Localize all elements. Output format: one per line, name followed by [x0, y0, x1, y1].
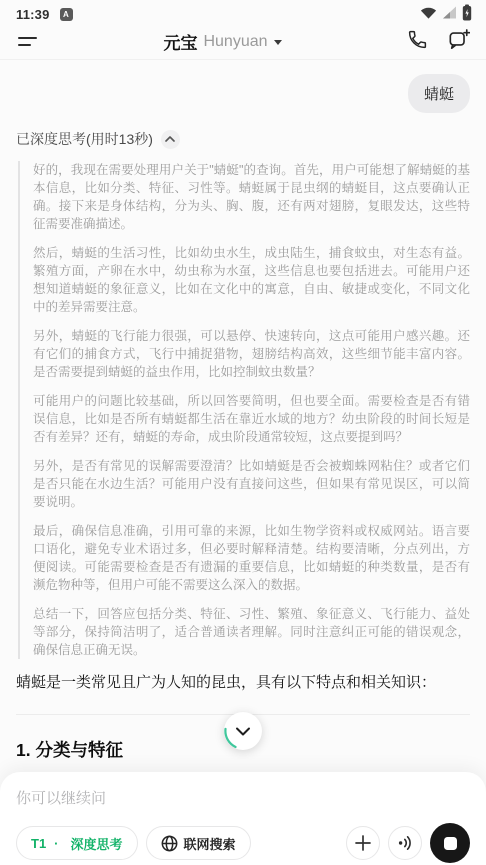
wifi-icon [420, 6, 437, 22]
deep-think-header[interactable]: 已深度思考(用时13秒) [16, 129, 470, 149]
plus-icon [354, 834, 372, 852]
thinking-paragraph: 最后，确保信息准确，引用可靠的来源，比如生物学资料或权威网站。语言要口语化，避免… [33, 522, 470, 594]
globe-icon [161, 835, 178, 852]
user-message-bubble: 蜻蜓 [408, 74, 470, 113]
menu-icon[interactable] [16, 35, 38, 49]
collapse-thinking-button[interactable] [161, 130, 180, 149]
voice-wave-icon [396, 834, 414, 852]
thinking-paragraph: 总结一下，回答应包括分类、特征、习性、繁殖、象征意义、飞行能力、益处等部分，保持… [33, 605, 470, 659]
chevron-down-icon [237, 729, 249, 735]
clock: 11:39 [16, 7, 50, 22]
answer-intro: 蜻蜓是一类常见且广为人知的昆虫，具有以下特点和相关知识： [16, 672, 470, 694]
status-icons [420, 4, 472, 24]
thinking-paragraph: 好的，我现在需要处理用户关于"蜻蜓"的查询。首先，用户可能想了解蜻蜓的基本信息，… [33, 161, 470, 233]
status-bar: 11:39 A [0, 0, 486, 24]
scroll-to-bottom-button[interactable] [224, 712, 262, 750]
model-selector[interactable]: 元宝 Hunyuan [38, 29, 407, 54]
composer-toolbar: T1·深度思考 联网搜索 [16, 823, 470, 863]
app-subtitle: Hunyuan [203, 33, 267, 51]
app-screen: 11:39 A 元宝 Hunyuan [0, 0, 486, 865]
deep-think-label: 已深度思考(用时13秒) [16, 129, 153, 149]
deep-think-toggle[interactable]: T1·深度思考 [16, 826, 138, 860]
battery-charging-icon [462, 4, 472, 24]
phone-call-icon[interactable] [407, 29, 428, 55]
chevron-down-icon [274, 40, 282, 45]
app-header: 元宝 Hunyuan [0, 24, 486, 60]
add-attachment-button[interactable] [346, 826, 380, 860]
thinking-paragraph: 然后，蜻蜓的生活习性，比如幼虫水生，成虫陆生，捕食蚊虫，对生态有益。繁殖方面，产… [33, 244, 470, 316]
thinking-paragraph: 另外，蜻蜓的飞行能力很强，可以悬停、快速转向，这点可能用户感兴趣。还有它们的捕食… [33, 327, 470, 381]
thinking-paragraph: 可能用户的问题比较基础，所以回答要简明，但也要全面。需要检查是否有错误信息，比如… [33, 392, 470, 446]
app-title: 元宝 [163, 29, 197, 54]
cellular-signal-icon [442, 6, 457, 22]
new-chat-icon[interactable] [448, 29, 470, 55]
stop-icon [444, 837, 457, 850]
web-search-toggle[interactable]: 联网搜索 [146, 826, 251, 860]
voice-input-button[interactable] [388, 826, 422, 860]
stop-generating-button[interactable] [430, 823, 470, 863]
thinking-content: 好的，我现在需要处理用户关于"蜻蜓"的查询。首先，用户可能想了解蜻蜓的基本信息，… [18, 161, 470, 659]
letter-a-badge-icon: A [60, 8, 73, 21]
chevron-up-icon [165, 136, 175, 142]
composer: 你可以继续问 T1·深度思考 联网搜索 [0, 772, 486, 865]
message-input[interactable]: 你可以继续问 [16, 787, 470, 808]
thinking-paragraph: 另外，是否有常见的误解需要澄清？比如蜻蜓是否会被蜘蛛网粘住？或者它们是否只能在水… [33, 457, 470, 511]
